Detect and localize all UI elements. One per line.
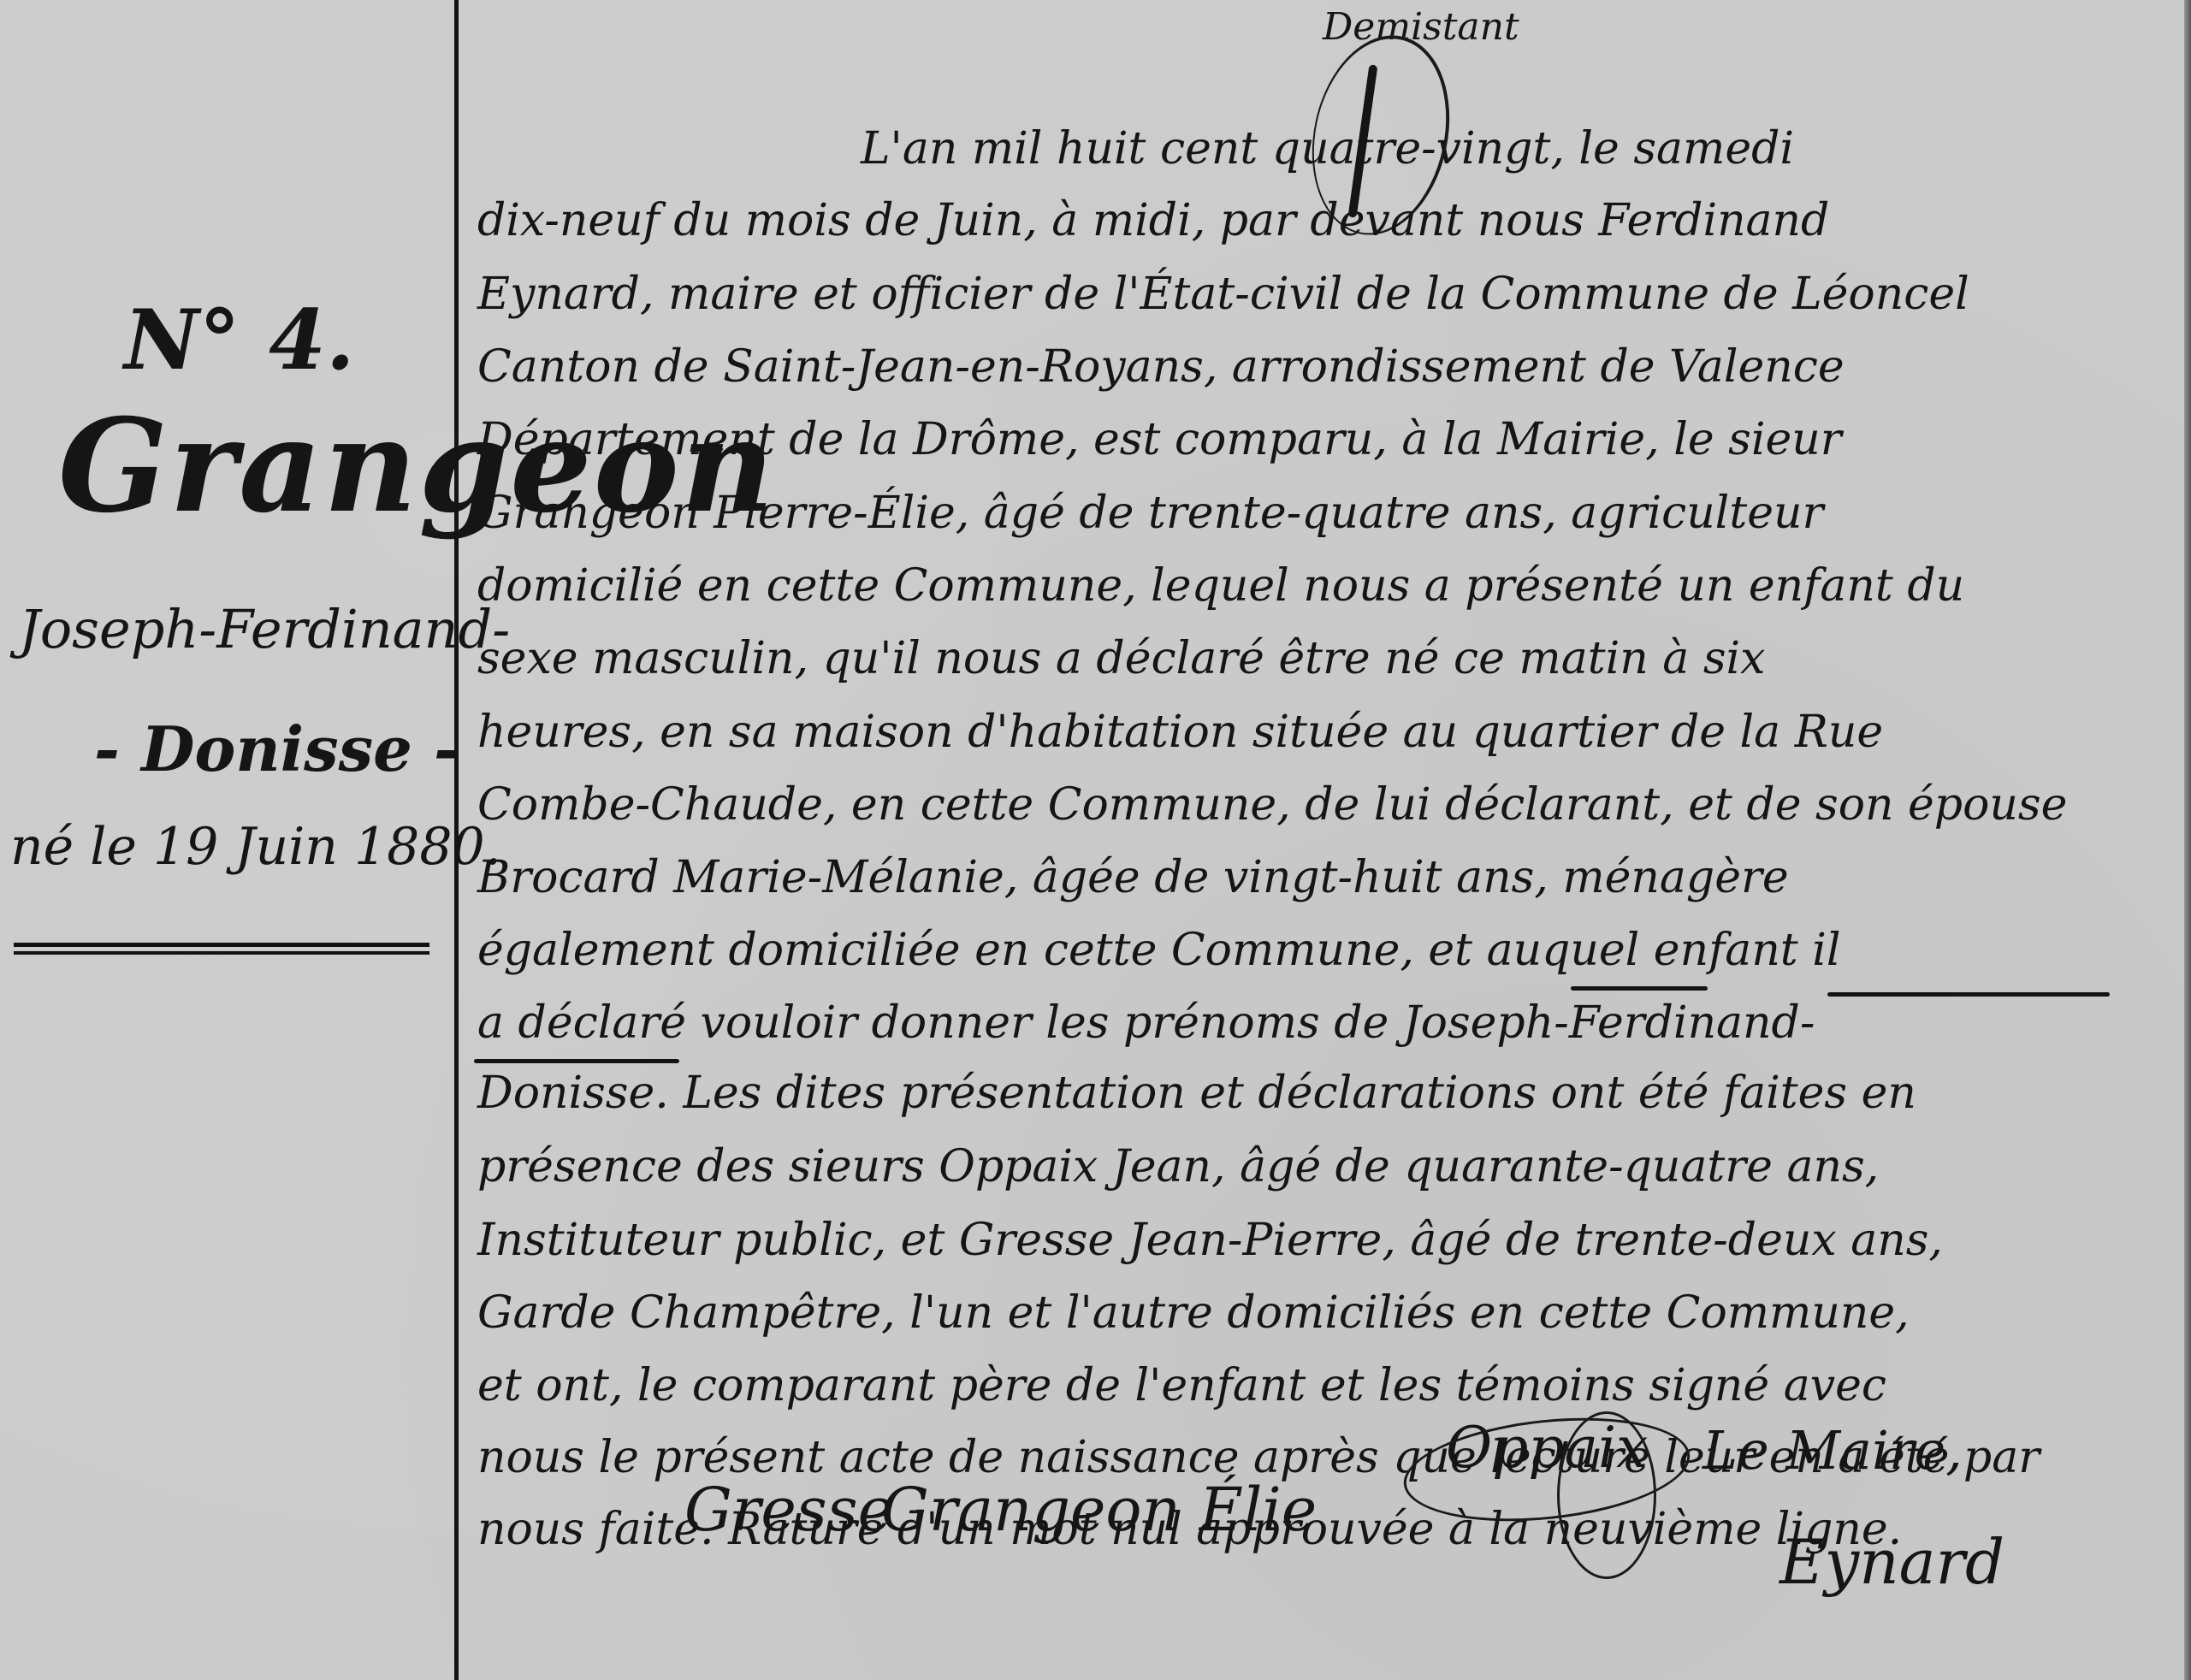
underline-mark bbox=[1571, 986, 1708, 991]
margin-column: N° 4. Grangeon Joseph-Ferdinand- - Donis… bbox=[0, 0, 454, 1680]
record-line-6: Grangeon Pierre-Élie, âgé de trente-quat… bbox=[477, 491, 1823, 535]
record-line-17: Garde Champêtre, l'un et l'autre domicil… bbox=[477, 1291, 1910, 1335]
signature-mayor-eynard: Eynard bbox=[1779, 1531, 2004, 1593]
record-line-16: Instituteur public, et Gresse Jean-Pierr… bbox=[477, 1218, 1943, 1263]
signature-grangeon: Grangeon Élie bbox=[881, 1480, 1317, 1540]
margin-given-names-2: - Donisse - bbox=[94, 719, 459, 780]
record-line-2: dix-neuf du mois de Juin, à midi, par de… bbox=[477, 198, 1829, 243]
record-line-3: Eynard, maire et officier de l'État-civi… bbox=[477, 272, 1969, 316]
record-line-5: Département de la Drôme, est comparu, à … bbox=[477, 417, 1842, 462]
record-line-18: et ont, le comparant père de l'enfant et… bbox=[477, 1364, 1886, 1408]
mayor-title: Le Maire, bbox=[1702, 1424, 1963, 1477]
register-page: N° 4. Grangeon Joseph-Ferdinand- - Donis… bbox=[0, 0, 2191, 1680]
entry-number: N° 4. bbox=[124, 299, 354, 382]
signature-flourish-icon bbox=[1557, 1411, 1656, 1579]
signature-gresse: Gresse bbox=[684, 1480, 893, 1540]
record-line-14: Donisse. Les dites présentation et décla… bbox=[477, 1071, 1916, 1115]
record-line-13: a déclaré vouloir donner les prénoms de … bbox=[477, 1001, 1815, 1045]
header-note: Demistant bbox=[1323, 9, 1519, 46]
record-line-11: Brocard Marie-Mélanie, âgée de vingt-hui… bbox=[477, 855, 1789, 900]
record-line-1: L'an mil huit cent quatre-vingt, le same… bbox=[861, 127, 1794, 171]
underline-mark bbox=[474, 1059, 679, 1063]
margin-given-names-1: Joseph-Ferdinand- bbox=[19, 603, 510, 656]
record-line-15: présence des sieurs Oppaix Jean, âgé de … bbox=[477, 1145, 1879, 1189]
page-edge-shadow bbox=[2184, 0, 2191, 1680]
entry-separator-double-rule bbox=[14, 943, 429, 956]
underline-mark bbox=[1827, 992, 2110, 997]
margin-birth-date: né le 19 Juin 1880. bbox=[10, 821, 501, 873]
record-line-8: sexe masculin, qu'il nous a déclaré être… bbox=[477, 636, 1765, 681]
record-line-12: également domiciliée en cette Commune, e… bbox=[477, 928, 1841, 973]
record-line-4: Canton de Saint-Jean-en-Royans, arrondis… bbox=[477, 345, 1845, 389]
record-line-10: Combe-Chaude, en cette Commune, de lui d… bbox=[477, 783, 2067, 827]
record-line-7: domicilié en cette Commune, lequel nous … bbox=[477, 564, 1964, 608]
record-line-9: heures, en sa maison d'habitation située… bbox=[477, 710, 1883, 754]
